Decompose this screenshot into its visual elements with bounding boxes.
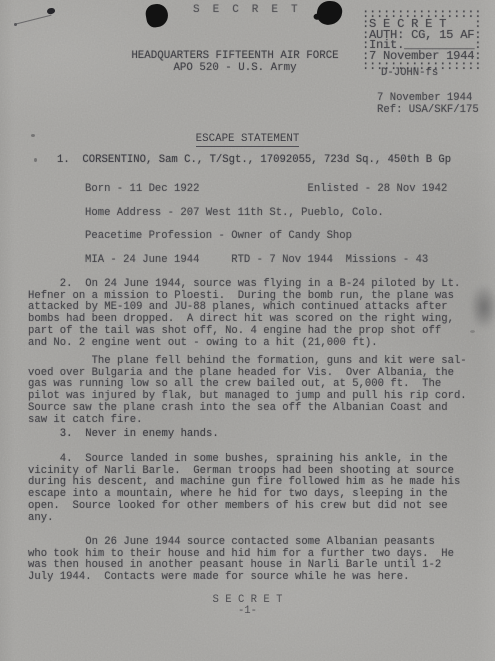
scanned-document-page: S E C R E T ::::::::::::::::: :S E C R E…: [0, 0, 495, 661]
dateline-reference: Ref: USA/SKF/175: [377, 104, 479, 116]
ink-speck: [46, 7, 56, 15]
document-title: ESCAPE STATEMENT: [0, 133, 495, 145]
dateline: 7 November 1944 Ref: USA/SKF/175: [377, 93, 479, 116]
edge-smudge: [470, 284, 495, 330]
personal-stats-block: Born - 11 Dec 1922 Enlisted - 28 Nov 194…: [85, 178, 447, 272]
statement-paragraph-2: 2. On 24 June 1944, source was flying in…: [28, 279, 460, 349]
pen-scratch-mark: [14, 6, 64, 28]
typist-code: D-JOHN-fs: [381, 68, 438, 80]
statement-paragraph-5: On 26 June 1944 source contacted some Al…: [28, 537, 454, 584]
document-title-text: ESCAPE STATEMENT: [196, 133, 300, 147]
classification-header: S E C R E T: [193, 5, 301, 17]
security-stamp-box: ::::::::::::::::: :S E C R E T : :AUTH: …: [362, 9, 481, 71]
statement-paragraph-3: 3. Never in enemy hands.: [28, 429, 219, 441]
statement-paragraph-2-continued: The plane fell behind the formation, gun…: [28, 356, 467, 426]
dateline-date: 7 November 1944: [377, 92, 472, 104]
ink-speck: [14, 23, 17, 26]
scratch-line: [16, 15, 51, 25]
statement-paragraph-1: 1. CORSENTINO, Sam C., T/Sgt., 17092055,…: [57, 155, 451, 167]
ink-spot-left: [144, 2, 170, 28]
letterhead: HEADQUARTERS FIFTEENTH AIR FORCE APO 520…: [95, 51, 375, 74]
paper-speck: [34, 158, 37, 162]
page-number: -1-: [0, 605, 495, 617]
ink-spot-right: [316, 0, 343, 26]
statement-paragraph-4: 4. Source landed in some bushes, spraini…: [28, 454, 460, 524]
paper-speck: [470, 330, 475, 333]
